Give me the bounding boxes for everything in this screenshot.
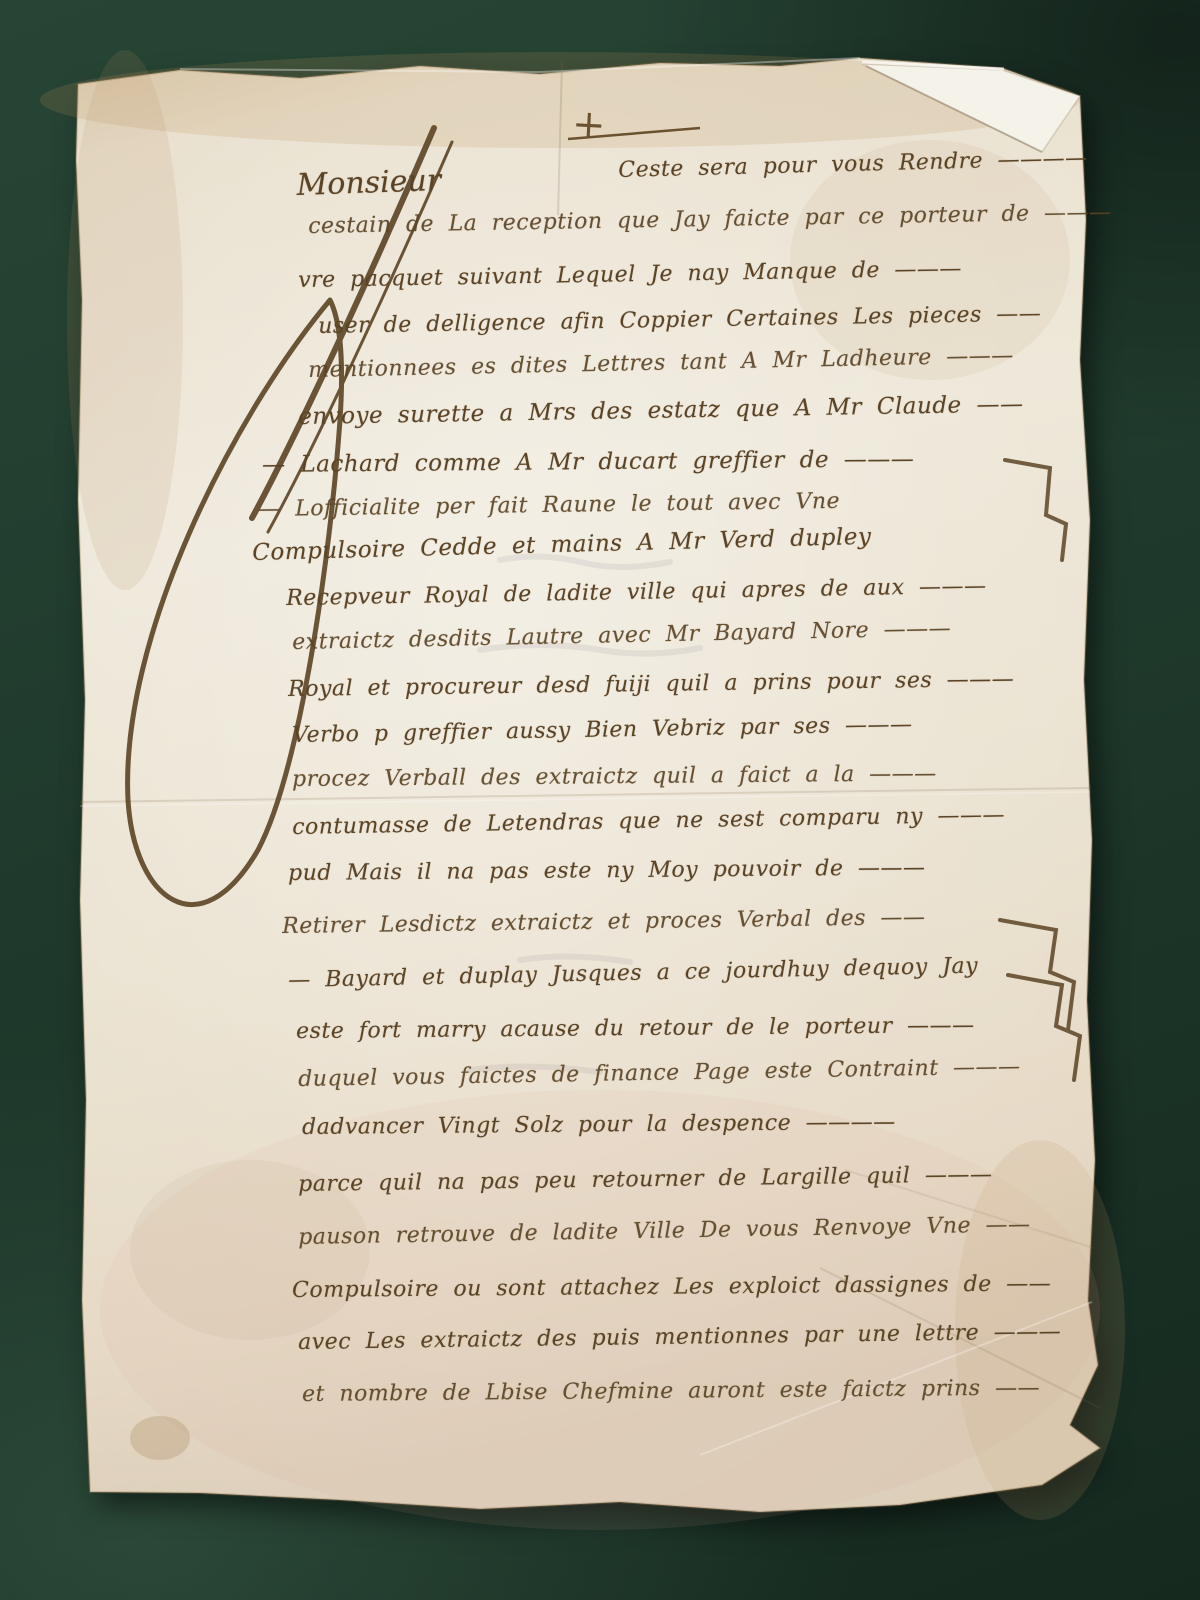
manuscript-text: + Monsieur Ceste sera pour vous Rendre —… [0, 0, 1200, 1600]
manuscript-line-22: parce quil na pas peu retourner de Largi… [298, 1162, 993, 1197]
manuscript-line-1: Ceste sera pour vous Rendre ———— [618, 146, 1088, 183]
manuscript-line-2: cestain de La reception que Jay faicte p… [308, 200, 1112, 239]
manuscript-line-16: pud Mais il na pas este ny Moy pouvoir d… [288, 855, 926, 886]
manuscript-line-25: avec Les extraictz des puis mentionnes p… [298, 1319, 1061, 1355]
manuscript-line-21: dadvancer Vingt Solz pour la despence ——… [302, 1110, 896, 1140]
manuscript-line-26: et nombre de Lbise Chefmine auront este … [302, 1376, 1040, 1407]
manuscript-line-20: duquel vous faictes de finance Page este… [298, 1054, 1021, 1092]
manuscript-line-12: Royal et procureur desd fuiji quil a pri… [288, 667, 1014, 702]
manuscript-line-13: Verbo p greffier aussy Bien Vebriz par s… [292, 712, 913, 748]
manuscript-line-6: envoye surette a Mrs des estatz que A Mr… [298, 391, 1024, 430]
manuscript-line-9: Compulsoire Cedde et mains A Mr Verd dup… [252, 524, 872, 566]
manuscript-line-11: extraictz desdits Lautre avec Mr Bayard … [292, 616, 951, 655]
manuscript-line-10: Recepveur Royal de ladite ville qui apre… [286, 574, 987, 611]
salutation: Monsieur [296, 163, 442, 203]
manuscript-line-15: contumasse de Letendras que ne sest comp… [292, 803, 1005, 840]
manuscript-line-23: pauson retrouve de ladite Ville De vous … [298, 1212, 1031, 1250]
cross-mark: + [571, 101, 607, 149]
manuscript-line-4: user de delligence afin Coppier Certaine… [318, 301, 1042, 339]
manuscript-line-18: — Bayard et duplay Jusques a ce jourdhuy… [288, 954, 978, 993]
manuscript-line-14: procez Verball des extraictz quil a faic… [292, 761, 937, 792]
manuscript-line-24: Compulsoire ou sont attachez Les exploic… [292, 1271, 1051, 1303]
manuscript-line-17: Retirer Lesdictz extraictz et proces Ver… [282, 905, 926, 939]
manuscript-line-7: — Lachard comme A Mr ducart greffier de … [262, 446, 914, 478]
manuscript-line-19: este fort marry acause du retour de le p… [296, 1013, 975, 1044]
manuscript-line-3: vre pacquet suivant Lequel Je nay Manque… [298, 256, 962, 293]
manuscript-line-5: mentionnees es dites Lettres tant A Mr L… [308, 343, 1014, 383]
manuscript-line-8: — Lofficialite per fait Raune le tout av… [258, 489, 840, 522]
